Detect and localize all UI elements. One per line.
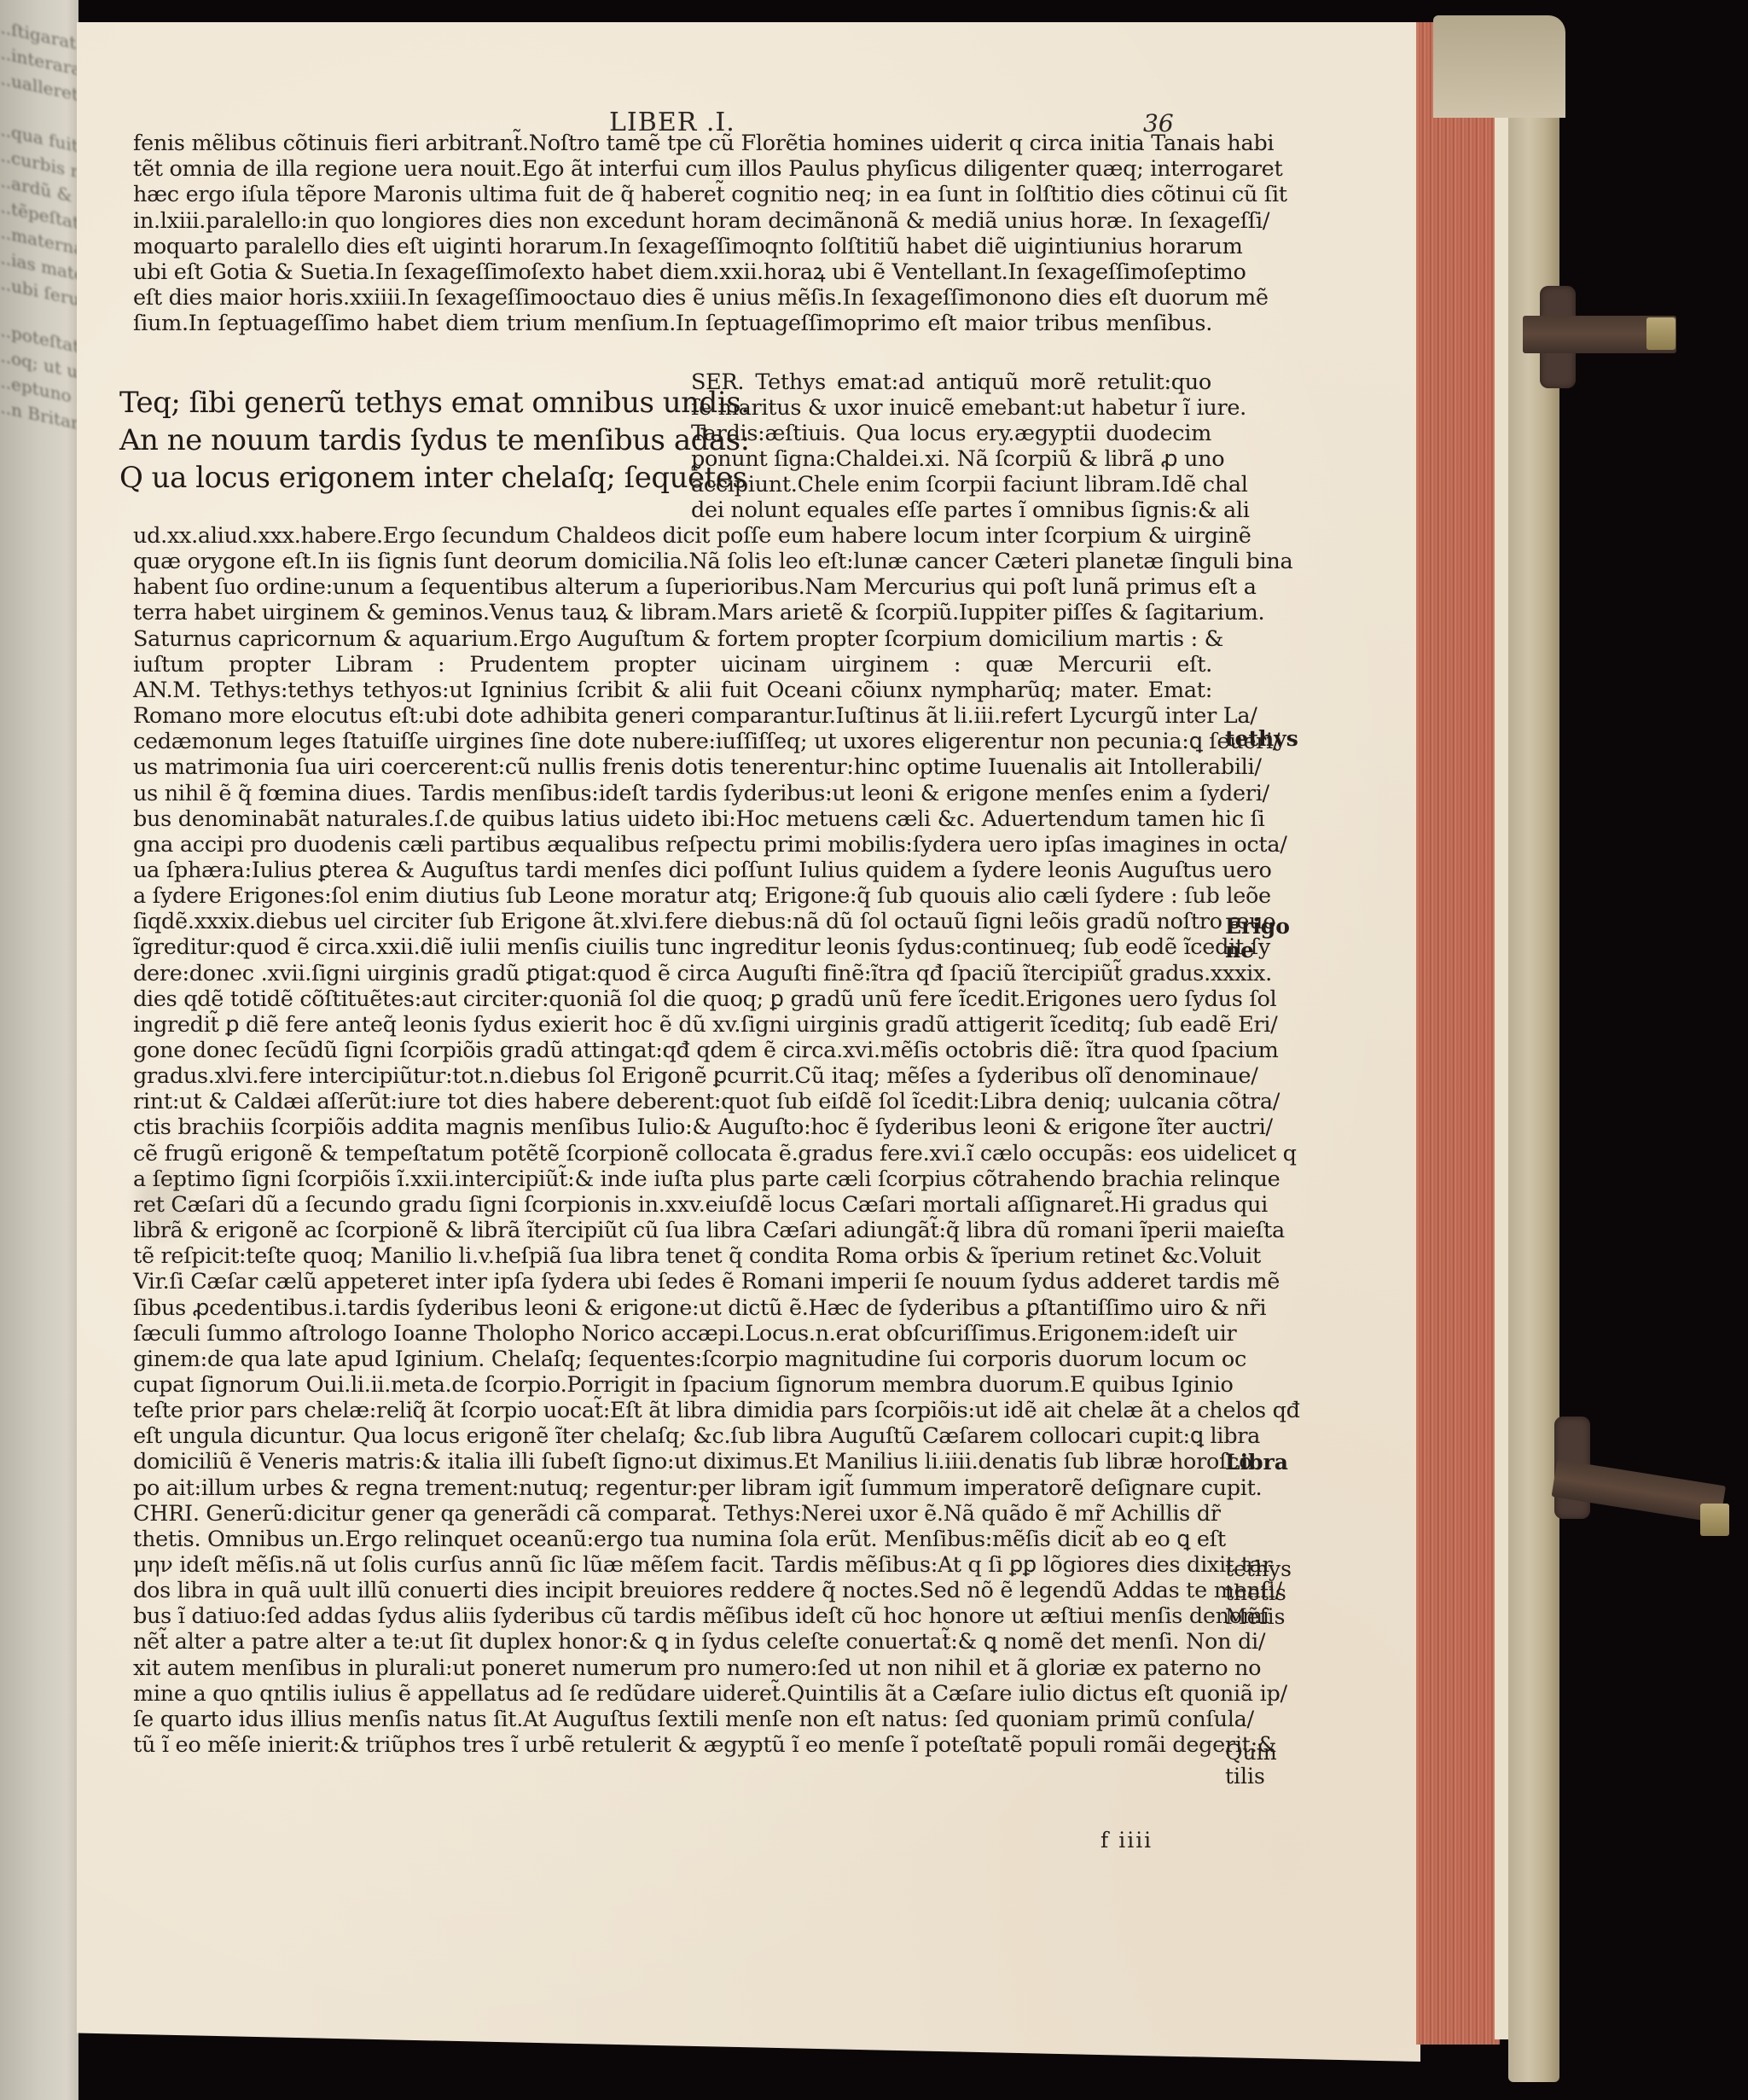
text-line-main: CHRI. Generũ:dicitur gener qa generãdi c… <box>133 1501 1212 1527</box>
commentary-line: ſe maritus & uxor inuicẽ emebant:ut habe… <box>691 395 1211 421</box>
commentary-line: Tardis:æſtiuis. Qua locus ery.ægyptii du… <box>691 421 1211 446</box>
text-line-main: ud.xx.aliud.xxx.habere.Ergo ſecundum Cha… <box>133 523 1212 549</box>
margin-note-tethys-thetis-mensis: tethys thetis Mẽſis <box>1225 1557 1292 1629</box>
text-line-top: ubi eſt Gotia & Suetia.In ſexageſſimoſex… <box>133 259 1212 285</box>
text-line-main: bus denominabãt naturales.ſ.de quibus la… <box>133 806 1212 832</box>
text-line-main: gradus.xlvi.fere intercipiũtur:tot.n.die… <box>133 1063 1212 1089</box>
text-line-main: domiciliũ ẽ Veneris matris:& italia illi… <box>133 1449 1212 1475</box>
text-line-top: ſium.In ſeptuageſſimo habet diem trium m… <box>133 311 1212 336</box>
text-line-main: dos libra in quã uult illũ conuerti dies… <box>133 1578 1212 1603</box>
commentary-line: ponunt ſigna:Chaldei.xi. Nã ſcorpiũ & li… <box>691 446 1211 472</box>
text-line-main: a ſeptimo ſigni ſcorpiõis ĩ.xxii.interci… <box>133 1166 1212 1192</box>
text-line-main: AN.M. Tethys:tethys tethyos:ut Igninius … <box>133 678 1212 703</box>
red-fore-edge <box>1416 22 1500 2045</box>
text-line-main: nẽt̃ alter a patre alter a te:ut ſit dup… <box>133 1629 1212 1655</box>
text-line-main: gna accipi pro duodenis cæli partibus æq… <box>133 832 1212 858</box>
text-line-main: cupat ſignorum Oui.li.ii.meta.de ſcorpio… <box>133 1372 1212 1398</box>
text-line-main: Romano more elocutus eſt:ubi dote adhibi… <box>133 703 1212 729</box>
text-line-main: teſte prior pars chelæ:reliq̃ ãt ſcorpio… <box>133 1398 1212 1423</box>
text-line-main: ſæculi ſummo aſtrologo Ioanne Tholopho N… <box>133 1321 1212 1347</box>
text-line-main: quæ orygone eſt.In iis ſignis ſunt deoru… <box>133 549 1212 574</box>
text-line-main: ſibus ꝓcedentibus.i.tardis ſyderibus leo… <box>133 1295 1212 1321</box>
upper-clasp-brass-tip <box>1646 317 1675 350</box>
text-line-main: μην ideſt mẽſis.nã ut ſolis curſus annũ … <box>133 1552 1212 1578</box>
text-line-main: xit autem menſibus in plurali:ut poneret… <box>133 1655 1212 1681</box>
signature-mark: f iiii <box>1100 1828 1153 1853</box>
text-line-main: librã & erigonẽ ac ſcorpionẽ & librã ĩte… <box>133 1218 1212 1243</box>
margin-note-libra: Libra <box>1225 1451 1288 1475</box>
text-line-main: dere:donec .xvii.ſigni uirginis gradũ ꝑt… <box>133 961 1212 986</box>
text-line-main: bus ĩ datiuo:ſed addas ſydus aliis ſyder… <box>133 1603 1212 1629</box>
commentary-line: SER. Tethys emat:ad antiquũ morẽ retulit… <box>691 369 1211 395</box>
margin-note-erigone: Erigo ne <box>1225 915 1290 963</box>
text-line-main: ſe quarto idus illius menſis natus ſit.A… <box>133 1707 1212 1732</box>
lower-clasp-brass-tip <box>1700 1504 1729 1536</box>
verse-line: Q ua locus erigonem inter chelaſq; ſequẽ… <box>119 461 665 495</box>
text-line-main: dies qdẽ totidẽ cõſtituẽtes:aut circiter… <box>133 986 1212 1012</box>
verse-line: Teq; ſibi generũ tethys emat omnibus und… <box>119 386 665 420</box>
text-line-main: ctis brachiis ſcorpiõis addita magnis me… <box>133 1114 1212 1140</box>
text-line-top: tẽt omnia de illa regione uera nouit.Ego… <box>133 156 1212 182</box>
text-line-main: us matrimonia ſua uiri coercerent:cũ nul… <box>133 754 1212 780</box>
text-line-main: tũ ĩ eo mẽſe inierit:& triũphos tres ĩ u… <box>133 1732 1212 1758</box>
text-line-top: eſt dies maior horis.xxiiii.In ſexageſſi… <box>133 285 1212 311</box>
text-line-main: thetis. Omnibus un.Ergo relinquet oceanũ… <box>133 1527 1212 1552</box>
verse-line: An ne nouum tardis ſydus te menſibus ada… <box>119 423 665 457</box>
commentary-line: dei nolunt equales eſſe partes ĩ omnibus… <box>691 497 1211 523</box>
vellum-binding-top <box>1433 15 1565 118</box>
text-line-top: moquarto paralello dies eſt uiginti hora… <box>133 234 1212 259</box>
text-line-main: ret Cæſari dũ a ſecundo gradu ſigni ſcor… <box>133 1192 1212 1218</box>
text-line-main: ſiqdẽ.xxxix.diebus uel circiter ſub Erig… <box>133 909 1212 934</box>
text-line-main: eſt ungula dicuntur. Qua locus erigonẽ ĩ… <box>133 1423 1212 1449</box>
text-line-main: tẽ reſpicit:teſte quoq; Manilio li.v.heſ… <box>133 1243 1212 1269</box>
text-line-main: us nihil ẽ q̃ fœmina diues. Tardis menſi… <box>133 781 1212 806</box>
text-line-main: Saturnus capricornum & aquarium.Ergo Aug… <box>133 626 1212 652</box>
margin-note-quintilis: Quin tilis <box>1225 1741 1277 1789</box>
text-line-main: Vir.ſi Cæſar cælũ appeteret inter ipſa ſ… <box>133 1269 1212 1294</box>
text-line-main: ĩgreditur:quod ẽ circa.xxii.diẽ iulii me… <box>133 934 1212 960</box>
text-line-main: cẽ frugũ erigonẽ & tempeſtatum potẽtẽ ſc… <box>133 1141 1212 1166</box>
text-line-main: po ait:illum urbes & regna trement:nutuq… <box>133 1475 1212 1501</box>
text-line-main: ginem:de qua late apud Iginium. Chelaſq;… <box>133 1347 1212 1372</box>
previous-page-edge: ...ſtigarat udebãt;...interarant ueſãq..… <box>0 0 78 2100</box>
commentary-line: accipiunt.Chele enim ſcorpii faciunt lib… <box>691 472 1211 497</box>
text-line-top: fenis mẽlibus cõtinuis fieri arbitrant̃.… <box>133 131 1212 156</box>
text-line-main: terra habet uirginem & geminos.Venus tau… <box>133 600 1212 625</box>
text-line-main: habent ſuo ordine:unum a ſequentibus alt… <box>133 574 1212 600</box>
text-line-top: in.lxiii.paralello:in quo longiores dies… <box>133 208 1212 234</box>
text-line-main: rint:ut & Caldæi aſſerũt:iure tot dies h… <box>133 1089 1212 1114</box>
text-line-main: iuſtum propter Libram : Prudentem propte… <box>133 652 1212 678</box>
text-line-main: cedæmonum leges ſtatuiſſe uirgines ſine … <box>133 729 1212 754</box>
margin-note-tethys: tethys <box>1225 727 1298 751</box>
text-line-main: a ſydere Erigones:ſol enim diutius ſub L… <box>133 883 1212 909</box>
text-line-main: ingredit̃ ꝑ diẽ fere anteq̃ leonis ſydus… <box>133 1012 1212 1038</box>
text-line-main: gone donec ſecũdũ ſigni ſcorpiõis gradũ … <box>133 1038 1212 1063</box>
text-line-top: hæc ergo iſula tẽpore Maronis ultima fui… <box>133 182 1212 207</box>
text-line-main: mine a quo qntilis iulius ẽ appellatus a… <box>133 1681 1212 1707</box>
text-line-main: ua ſphæra:Iulius ꝑterea & Auguſtus tardi… <box>133 858 1212 883</box>
